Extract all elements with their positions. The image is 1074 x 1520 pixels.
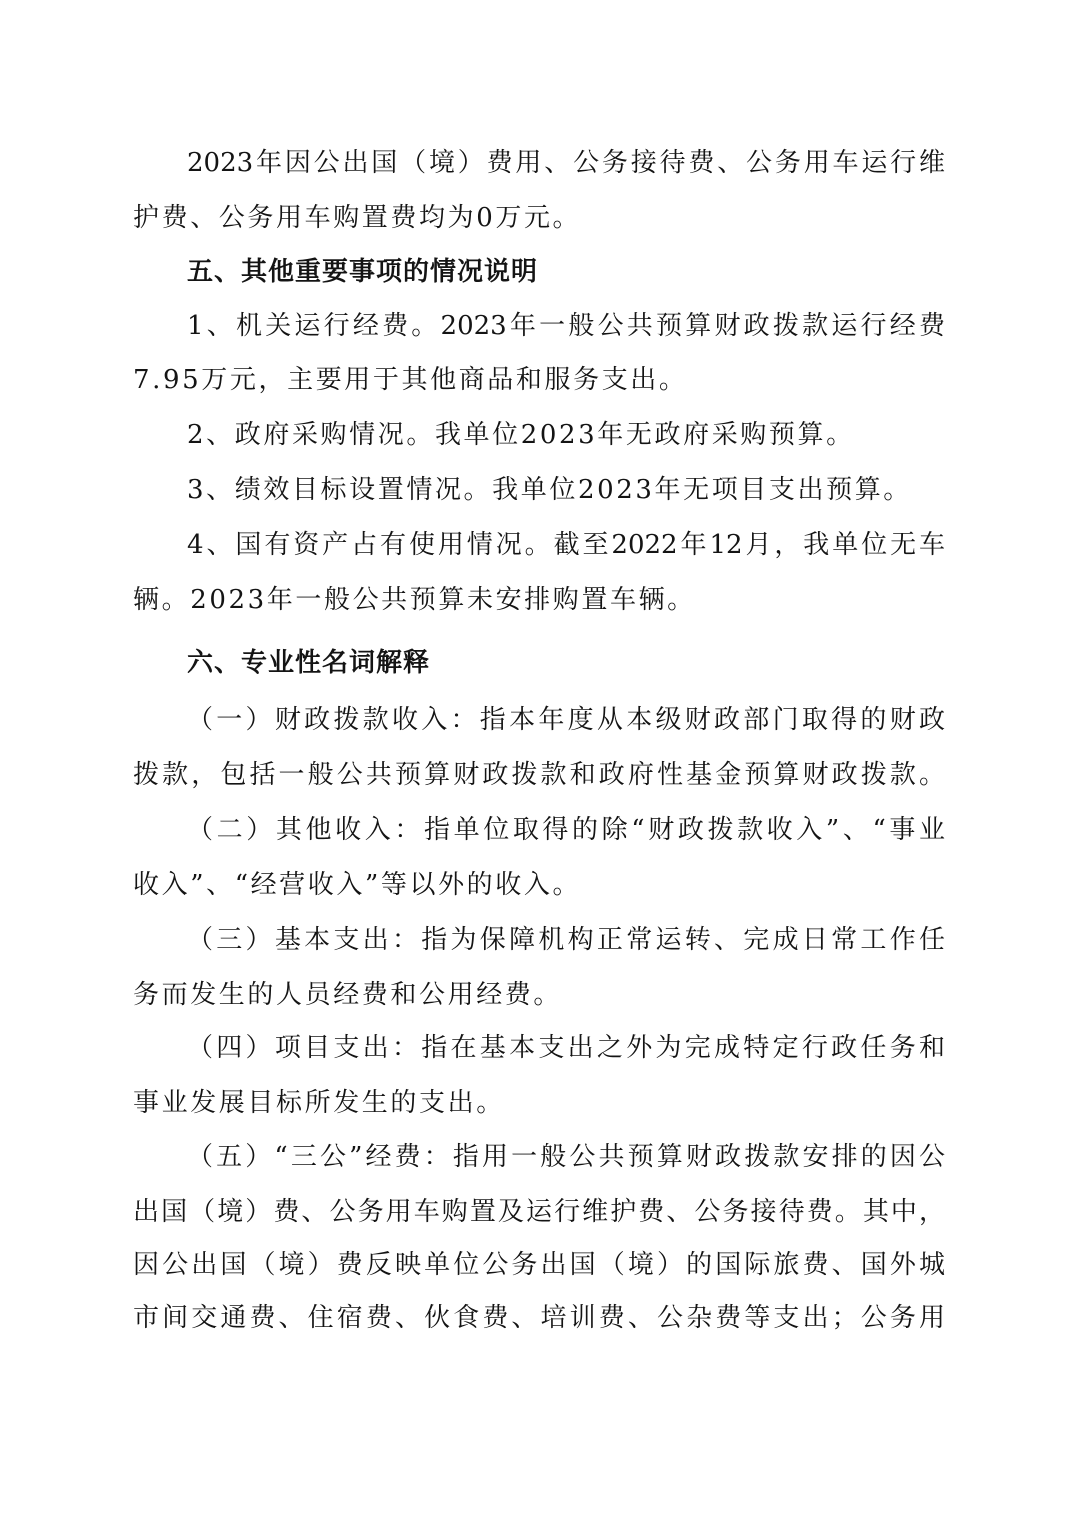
term-line: （四）项目支出：指在基本支出之外为完成特定行政任务和 [187,1028,945,1068]
term-line: 市间交通费、住宿费、伙食费、培训费、公杂费等支出；公务用 [133,1298,945,1338]
term-line: 出国（境）费、公务用车购置及运行维护费、公务接待费。其中， [133,1192,945,1232]
term-line: 务而发生的人员经费和公用经费。 [133,975,945,1015]
term-line: 拨款，包括一般公共预算财政拨款和政府性基金预算财政拨款。 [133,755,945,795]
section-heading-five: 五、其他重要事项的情况说明 [187,252,945,292]
paragraph-line: 2023年因公出国（境）费用、公务接待费、公务用车运行维 [187,143,945,183]
paragraph-line: 护费、公务用车购置费均为0万元。 [133,198,945,238]
term-line: 收入”、“经营收入”等以外的收入。 [133,865,945,905]
document-page: 2023年因公出国（境）费用、公务接待费、公务用车运行维 护费、公务用车购置费均… [0,0,1074,1520]
term-line: 因公出国（境）费反映单位公务出国（境）的国际旅费、国外城 [133,1245,945,1285]
term-line: （二）其他收入：指单位取得的除“财政拨款收入”、“事业 [187,810,945,850]
term-line: （三）基本支出：指为保障机构正常运转、完成日常工作任 [187,920,945,960]
term-line: （一）财政拨款收入：指本年度从本级财政部门取得的财政 [187,700,945,740]
term-line: 事业发展目标所发生的支出。 [133,1083,945,1123]
item-line: 4、国有资产占有使用情况。截至2022年12月，我单位无车 [187,525,945,565]
term-line: （五）“三公”经费：指用一般公共预算财政拨款安排的因公 [187,1137,945,1177]
item-line: 辆。2023年一般公共预算未安排购置车辆。 [133,580,945,620]
section-heading-six: 六、专业性名词解释 [187,643,945,683]
item-line: 7.95万元，主要用于其他商品和服务支出。 [133,360,945,400]
item-line: 2、政府采购情况。我单位2023年无政府采购预算。 [187,415,945,455]
item-line: 3、绩效目标设置情况。我单位2023年无项目支出预算。 [187,470,945,510]
item-line: 1、机关运行经费。2023年一般公共预算财政拨款运行经费 [187,306,945,346]
